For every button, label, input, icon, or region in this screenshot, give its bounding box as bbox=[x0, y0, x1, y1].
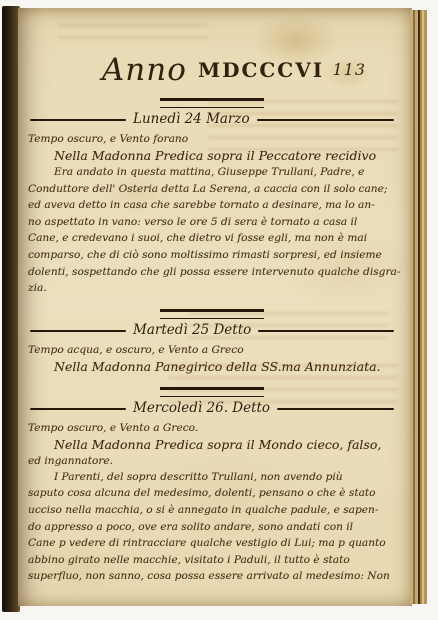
manuscript-line: Tempo acqua, e oscuro, e Vento a Greco bbox=[28, 342, 396, 358]
manuscript-line: Nella Madonna Predica sopra il Mondo cie… bbox=[28, 436, 396, 453]
heading-rule-right bbox=[277, 408, 394, 410]
manuscript-line: Era andato in questa mattina, Giuseppe T… bbox=[28, 164, 396, 181]
manuscript-line: Nella Madonna Panegirico della SS.ma Ann… bbox=[28, 358, 396, 375]
section-heading-row: Lunedì 24 Marzo bbox=[30, 112, 394, 128]
page-title: Anno MDCCCVI bbox=[98, 52, 328, 88]
heading-rule-left bbox=[30, 330, 126, 332]
manuscript-line: saputo cosa alcuna del medesimo, dolenti… bbox=[28, 485, 396, 502]
manuscript-line: comparso, che di ciò sono moltissimo rim… bbox=[28, 247, 396, 264]
manuscript-line: Tempo oscuro, e Vento a Greco. bbox=[28, 420, 396, 436]
manuscript-line: Conduttore dell' Osteria detta La Serena… bbox=[28, 181, 396, 198]
heading-rule-left bbox=[30, 408, 126, 410]
title-year-roman: MDCCCVI bbox=[198, 58, 324, 82]
manuscript-line: zia. bbox=[28, 280, 396, 297]
section-heading-row: Martedì 25 Detto bbox=[30, 323, 394, 339]
title-anno-script: Anno bbox=[102, 52, 187, 88]
manuscript-line: I Parenti, del sopra descritto Trullani,… bbox=[28, 469, 396, 486]
manuscript-line: Tempo oscuro, e Vento forano bbox=[28, 131, 396, 147]
manuscript-line: Cane, e credevano i suoi, che dietro vi … bbox=[28, 230, 396, 247]
manuscript-photo: Anno MDCCCVI 113 Lunedì 24 Marzo Tempo o… bbox=[0, 0, 438, 620]
page-header: Anno MDCCCVI 113 bbox=[28, 8, 396, 92]
heading-rule-left bbox=[30, 119, 126, 121]
manuscript-line: Cane p vedere di rintracciare qualche ve… bbox=[28, 535, 396, 552]
manuscript-line: ucciso nella macchia, o si è annegato in… bbox=[28, 502, 396, 519]
manuscript-line: abbino girato nelle macchie, visitato i … bbox=[28, 552, 396, 569]
page-content: Anno MDCCCVI 113 Lunedì 24 Marzo Tempo o… bbox=[18, 8, 412, 585]
heading-rule-right bbox=[257, 119, 394, 121]
manuscript-line: ed aveva detto in casa che sarebbe torna… bbox=[28, 197, 396, 214]
manuscript-line: superfluo, non sanno, cosa possa essere … bbox=[28, 568, 396, 585]
manuscript-line: dolenti, sospettando che gli possa esser… bbox=[28, 264, 396, 281]
manuscript-line: Nella Madonna Predica sopra il Peccatore… bbox=[28, 147, 396, 164]
section-date-heading: Lunedì 24 Marzo bbox=[126, 111, 257, 127]
section-date-heading: Martedì 25 Detto bbox=[126, 322, 258, 338]
ornamental-double-rule bbox=[160, 309, 264, 319]
section-date-heading: Mercoledì 26. Detto bbox=[126, 400, 277, 416]
manuscript-line: ed ingannatore. bbox=[28, 453, 396, 469]
manuscript-line: no aspettato in vano: verso le ore 5 di … bbox=[28, 214, 396, 231]
page-edge-stack bbox=[410, 10, 427, 604]
ornamental-double-rule bbox=[160, 387, 264, 397]
manuscript-page: Anno MDCCCVI 113 Lunedì 24 Marzo Tempo o… bbox=[18, 8, 412, 606]
heading-rule-right bbox=[258, 330, 394, 332]
section-heading-row: Mercoledì 26. Detto bbox=[30, 401, 394, 417]
page-number: 113 bbox=[332, 60, 366, 79]
ornamental-double-rule bbox=[160, 98, 264, 108]
manuscript-line: do appresso a poco, ove era solito andar… bbox=[28, 519, 396, 536]
